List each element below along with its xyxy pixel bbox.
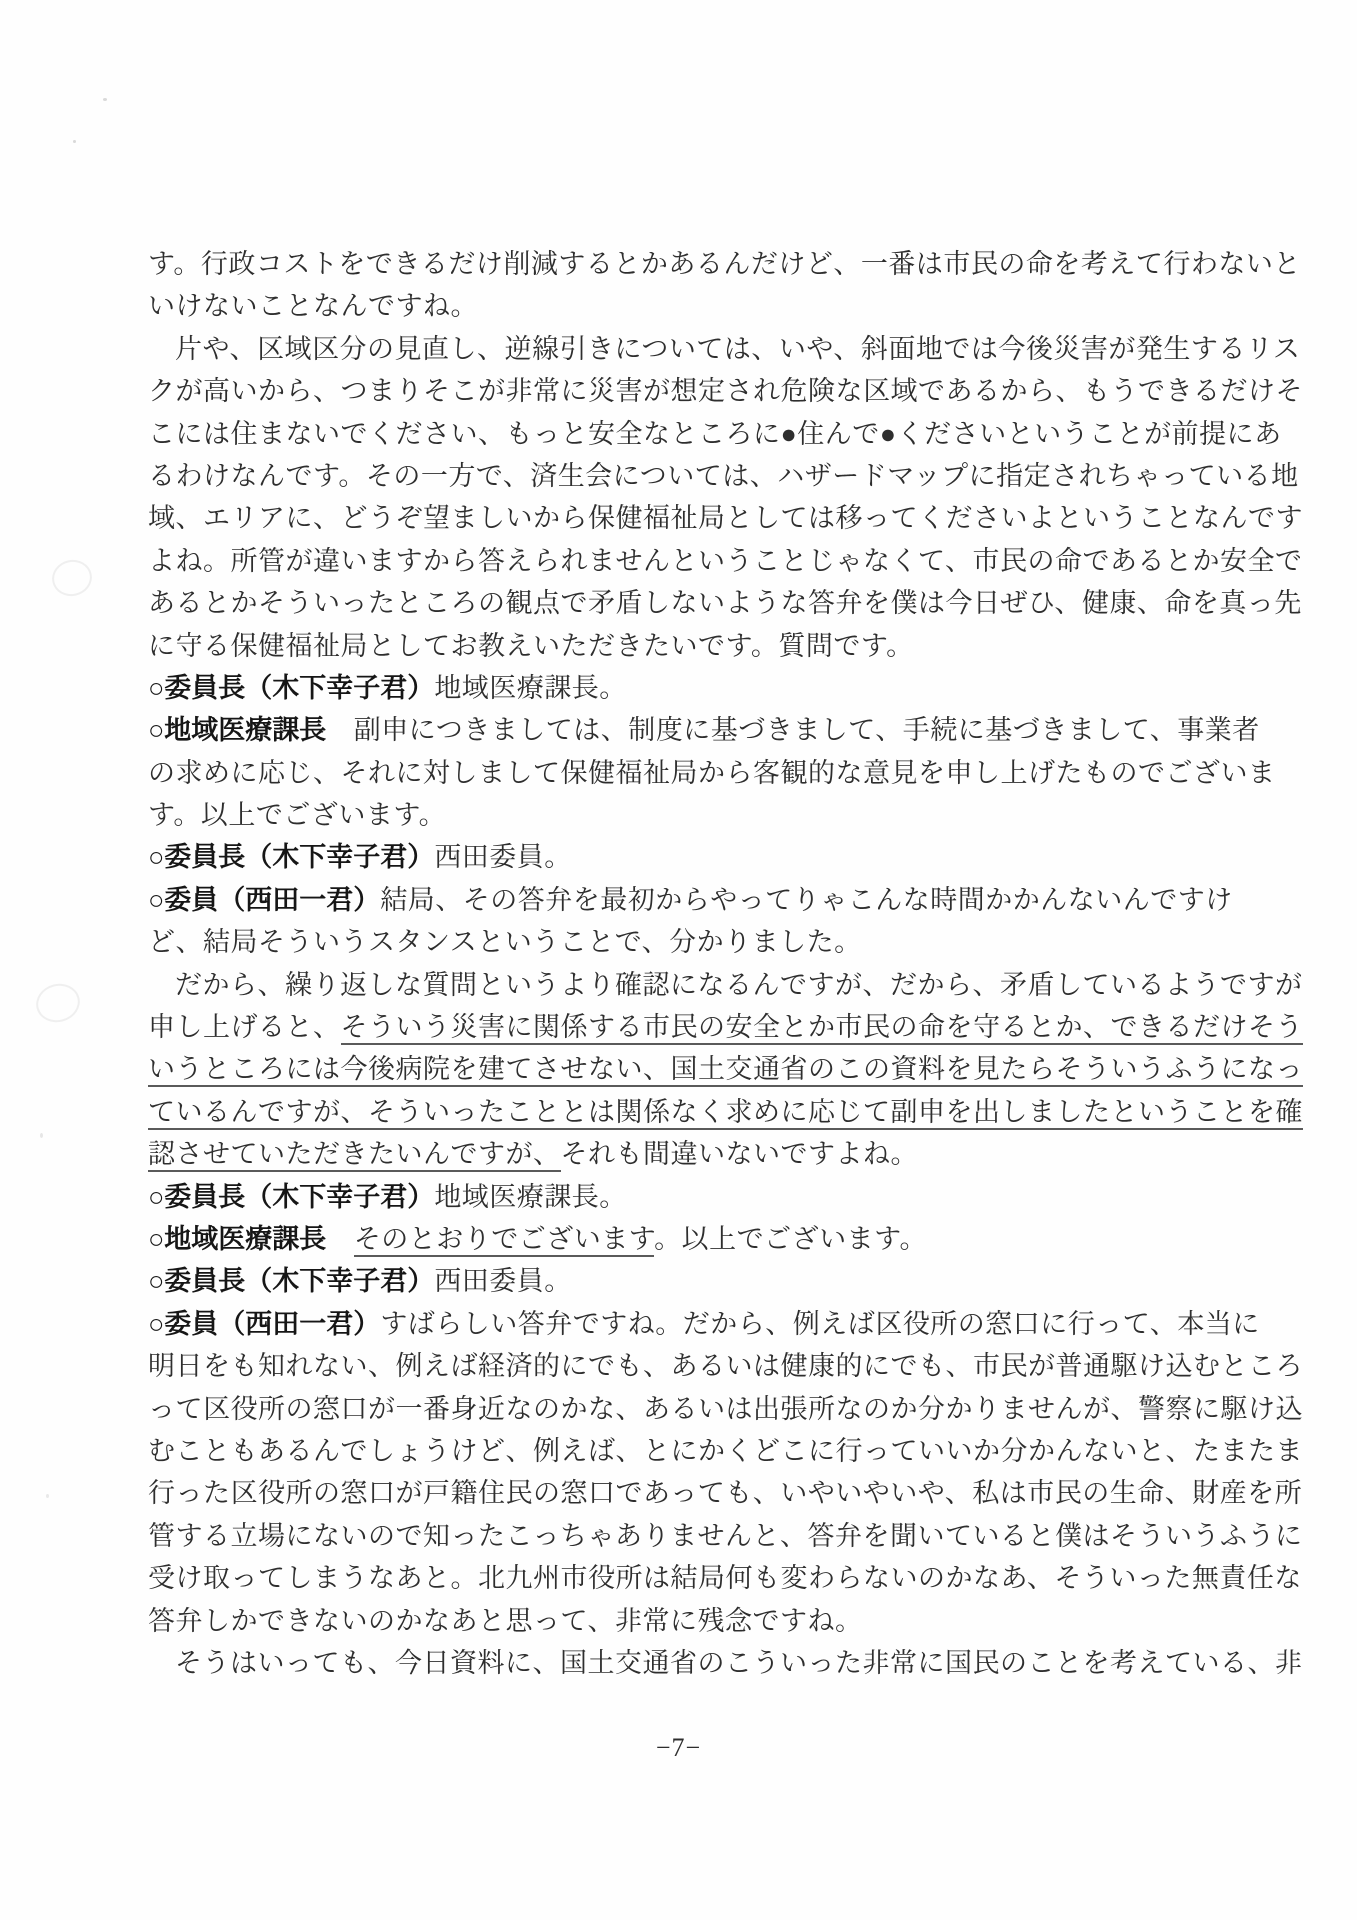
text-line: ○委員長（木下幸子君）西田委員。 [148, 836, 1240, 878]
underlined-text: そういう災害に関係する市民の安全とか市民の命を守るとか、できるだけそう [341, 1012, 1304, 1045]
text-line: こには住まないでください、もっと安全なところに●住んで●くださいということが前提… [148, 413, 1240, 455]
underlined-text: そういったこととは関係なく求めに応じて副申を出しましたということを確 [368, 1097, 1303, 1130]
page-number: −7− [0, 1733, 1357, 1763]
text-line: 明日をも知れない、例えば経済的にでも、あるいは健康的にでも、市民が普通駆け込むと… [148, 1345, 1240, 1387]
text-line: るわけなんです。その一方で、済生会については、ハザードマップに指定されちゃってい… [148, 455, 1240, 497]
text-segment: すばらしい答弁ですね。だから、例えば区役所の窓口に行って、本当に [380, 1309, 1259, 1339]
text-line: クが高いから、つまりそこが非常に災害が想定され危険な区域であるから、もうできるだ… [148, 370, 1240, 412]
text-segment: あるとかそういったところの観点で矛盾しないような答弁を僕は今日ぜひ、健康、命を真… [148, 588, 1302, 618]
speaker-name: ○委員長（木下幸子君） [148, 1266, 434, 1296]
text-segment: 片や、区域区分の見直し、逆線引きについては、いや、斜面地では今後災害が発生するリ… [175, 334, 1300, 364]
text-line: いけないことなんですね。 [148, 285, 1240, 327]
text-segment: 結局、その答弁を最初からやってりゃこんな時間かかんないんですけ [380, 885, 1233, 915]
text-line: よね。所管が違いますから答えられませんということじゃなくて、市民の命であるとか安… [148, 540, 1240, 582]
scan-speck [40, 1133, 43, 1138]
text-line: ○委員長（木下幸子君）地域医療課長。 [148, 667, 1240, 709]
text-line: って区役所の窓口が一番身近なのかな、あるいは出張所なのか分かりませんが、警察に駆… [148, 1388, 1240, 1430]
scan-speck [73, 140, 76, 143]
underlined-text: そのとおりでございます [354, 1224, 654, 1257]
text-line: だから、繰り返しな質問というより確認になるんですが、だから、矛盾しているようです… [148, 964, 1240, 1006]
text-line: いうところには今後病院を建てさせない、国土交通省のこの資料を見たらそういうふうに… [148, 1048, 1240, 1090]
text-segment: 西田委員。 [434, 1266, 572, 1296]
text-line: 申し上げると、そういう災害に関係する市民の安全とか市民の命を守るとか、できるだけ… [148, 1006, 1240, 1048]
text-segment: の求めに応じ、それに対しまして保健福祉局から客観的な意見を申し上げたものでござい… [148, 758, 1276, 788]
text-line: ○地域医療課長 副申につきましては、制度に基づきまして、手続に基づきまして、事業… [148, 709, 1240, 751]
text-line: に守る保健福祉局としてお教えいただきたいです。質問です。 [148, 625, 1240, 667]
text-segment: それも間違いないですよね。 [561, 1139, 919, 1169]
text-line: 認させていただきたいんですが、それも間違いないですよね。 [148, 1133, 1240, 1175]
document-page: す。行政コストをできるだけ削減するとかあるんだけど、一番は市民の命を考えて行わな… [0, 0, 1357, 1920]
text-line: ○委員（西田一君）結局、その答弁を最初からやってりゃこんな時間かかんないんですけ [148, 879, 1240, 921]
text-line: 答弁しかできないのかなあと思って、非常に残念ですね。 [148, 1600, 1240, 1642]
text-segment: よね。所管が違いますから答えられませんということじゃなくて、市民の命であるとか安… [148, 546, 1302, 576]
underlined-text: いうところには今後病院を建てさせない、 [148, 1054, 671, 1087]
underlined-text: ているんですが、 [148, 1097, 368, 1130]
text-segment [326, 1224, 354, 1254]
text-line: そうはいっても、今日資料に、国土交通省のこういった非常に国民のことを考えている、… [148, 1642, 1240, 1684]
text-segment: 受け取ってしまうなあと。北九州市役所は結局何も変わらないのかなあ、そういった無責… [148, 1563, 1302, 1593]
text-segment: こには住まないでください、もっと安全なところに●住んで●くださいということが前提… [148, 419, 1282, 449]
text-segment: るわけなんです。その一方で、済生会については、ハザードマップに指定されちゃってい… [148, 461, 1299, 491]
text-line: ○委員長（木下幸子君）西田委員。 [148, 1260, 1240, 1302]
text-segment: 。以上でございます。 [654, 1224, 927, 1254]
scan-speck [46, 1494, 49, 1498]
document-body: す。行政コストをできるだけ削減するとかあるんだけど、一番は市民の命を考えて行わな… [148, 243, 1240, 1684]
text-line: 域、エリアに、どうぞ望ましいから保健福祉局としては移ってくださいよということなん… [148, 497, 1240, 539]
speaker-name: ○委員（西田一君） [148, 885, 380, 915]
text-line: ○委員（西田一君）すばらしい答弁ですね。だから、例えば区役所の窓口に行って、本当… [148, 1303, 1240, 1345]
text-line: す。行政コストをできるだけ削減するとかあるんだけど、一番は市民の命を考えて行わな… [148, 243, 1240, 285]
text-segment: 域、エリアに、どうぞ望ましいから保健福祉局としては移ってくださいよということなん… [148, 503, 1303, 533]
speaker-name: ○地域医療課長 [148, 715, 326, 745]
text-segment: いけないことなんですね。 [148, 291, 478, 321]
text-segment: 申し上げると、 [148, 1012, 341, 1042]
text-segment: す。以上でございます。 [148, 800, 446, 830]
text-line: す。以上でございます。 [148, 794, 1240, 836]
hole-punch-ghost [49, 556, 96, 600]
scan-speck [103, 98, 107, 101]
text-segment: 西田委員。 [434, 842, 572, 872]
text-line: むこともあるんでしょうけど、例えば、とにかくどこに行っていいか分かんないと、たま… [148, 1430, 1240, 1472]
speaker-name: ○委員（西田一君） [148, 1309, 380, 1339]
text-segment: 地域医療課長。 [434, 1182, 627, 1212]
underlined-text: 国土交通省のこの資料を見たらそういうふうになっ [671, 1054, 1304, 1087]
text-segment: むこともあるんでしょうけど、例えば、とにかくどこに行っていいか分かんないと、たま… [148, 1436, 1303, 1466]
text-segment: す。行政コストをできるだけ削減するとかあるんだけど、一番は市民の命を考えて行わな… [148, 249, 1301, 279]
text-segment: 副申につきましては、制度に基づきまして、手続に基づきまして、事業者 [326, 715, 1259, 745]
text-line: 片や、区域区分の見直し、逆線引きについては、いや、斜面地では今後災害が発生するリ… [148, 328, 1240, 370]
speaker-name: ○地域医療課長 [148, 1224, 326, 1254]
text-line: ど、結局そういうスタンスということで、分かりました。 [148, 921, 1240, 963]
speaker-name: ○委員長（木下幸子君） [148, 673, 434, 703]
text-line: 行った区役所の窓口が戸籍住民の窓口であっても、いやいやいや、私は市民の生命、財産… [148, 1472, 1240, 1514]
underlined-text: 認させていただきたいんですが、 [148, 1139, 561, 1172]
text-segment: ど、結局そういうスタンスということで、分かりました。 [148, 927, 862, 957]
speaker-name: ○委員長（木下幸子君） [148, 842, 434, 872]
text-line: ○委員長（木下幸子君）地域医療課長。 [148, 1176, 1240, 1218]
hole-punch-ghost [32, 979, 84, 1027]
text-line: ているんですが、そういったこととは関係なく求めに応じて副申を出しましたということ… [148, 1091, 1240, 1133]
text-segment: そうはいっても、今日資料に、国土交通省のこういった非常に国民のことを考えている、… [175, 1648, 1303, 1678]
text-segment: って区役所の窓口が一番身近なのかな、あるいは出張所なのか分かりませんが、警察に駆… [148, 1394, 1303, 1424]
text-segment: だから、繰り返しな質問というより確認になるんですが、だから、矛盾しているようです… [175, 970, 1303, 1000]
text-segment: 管する立場にないので知ったこっちゃありませんと、答弁を聞いていると僕はそういうふ… [148, 1521, 1302, 1551]
text-segment: クが高いから、つまりそこが非常に災害が想定され危険な区域であるから、もうできるだ… [148, 376, 1303, 406]
text-segment: 行った区役所の窓口が戸籍住民の窓口であっても、いやいやいや、私は市民の生命、財産… [148, 1478, 1302, 1508]
text-segment: に守る保健福祉局としてお教えいただきたいです。質問です。 [148, 631, 914, 661]
text-line: 受け取ってしまうなあと。北九州市役所は結局何も変わらないのかなあ、そういった無責… [148, 1557, 1240, 1599]
text-segment: 地域医療課長。 [434, 673, 627, 703]
text-segment: 答弁しかできないのかなあと思って、非常に残念ですね。 [148, 1606, 862, 1636]
text-segment: 明日をも知れない、例えば経済的にでも、あるいは健康的にでも、市民が普通駆け込むと… [148, 1351, 1303, 1381]
speaker-name: ○委員長（木下幸子君） [148, 1182, 434, 1212]
text-line: あるとかそういったところの観点で矛盾しないような答弁を僕は今日ぜひ、健康、命を真… [148, 582, 1240, 624]
text-line: 管する立場にないので知ったこっちゃありませんと、答弁を聞いていると僕はそういうふ… [148, 1515, 1240, 1557]
text-line: の求めに応じ、それに対しまして保健福祉局から客観的な意見を申し上げたものでござい… [148, 752, 1240, 794]
text-line: ○地域医療課長 そのとおりでございます。以上でございます。 [148, 1218, 1240, 1260]
